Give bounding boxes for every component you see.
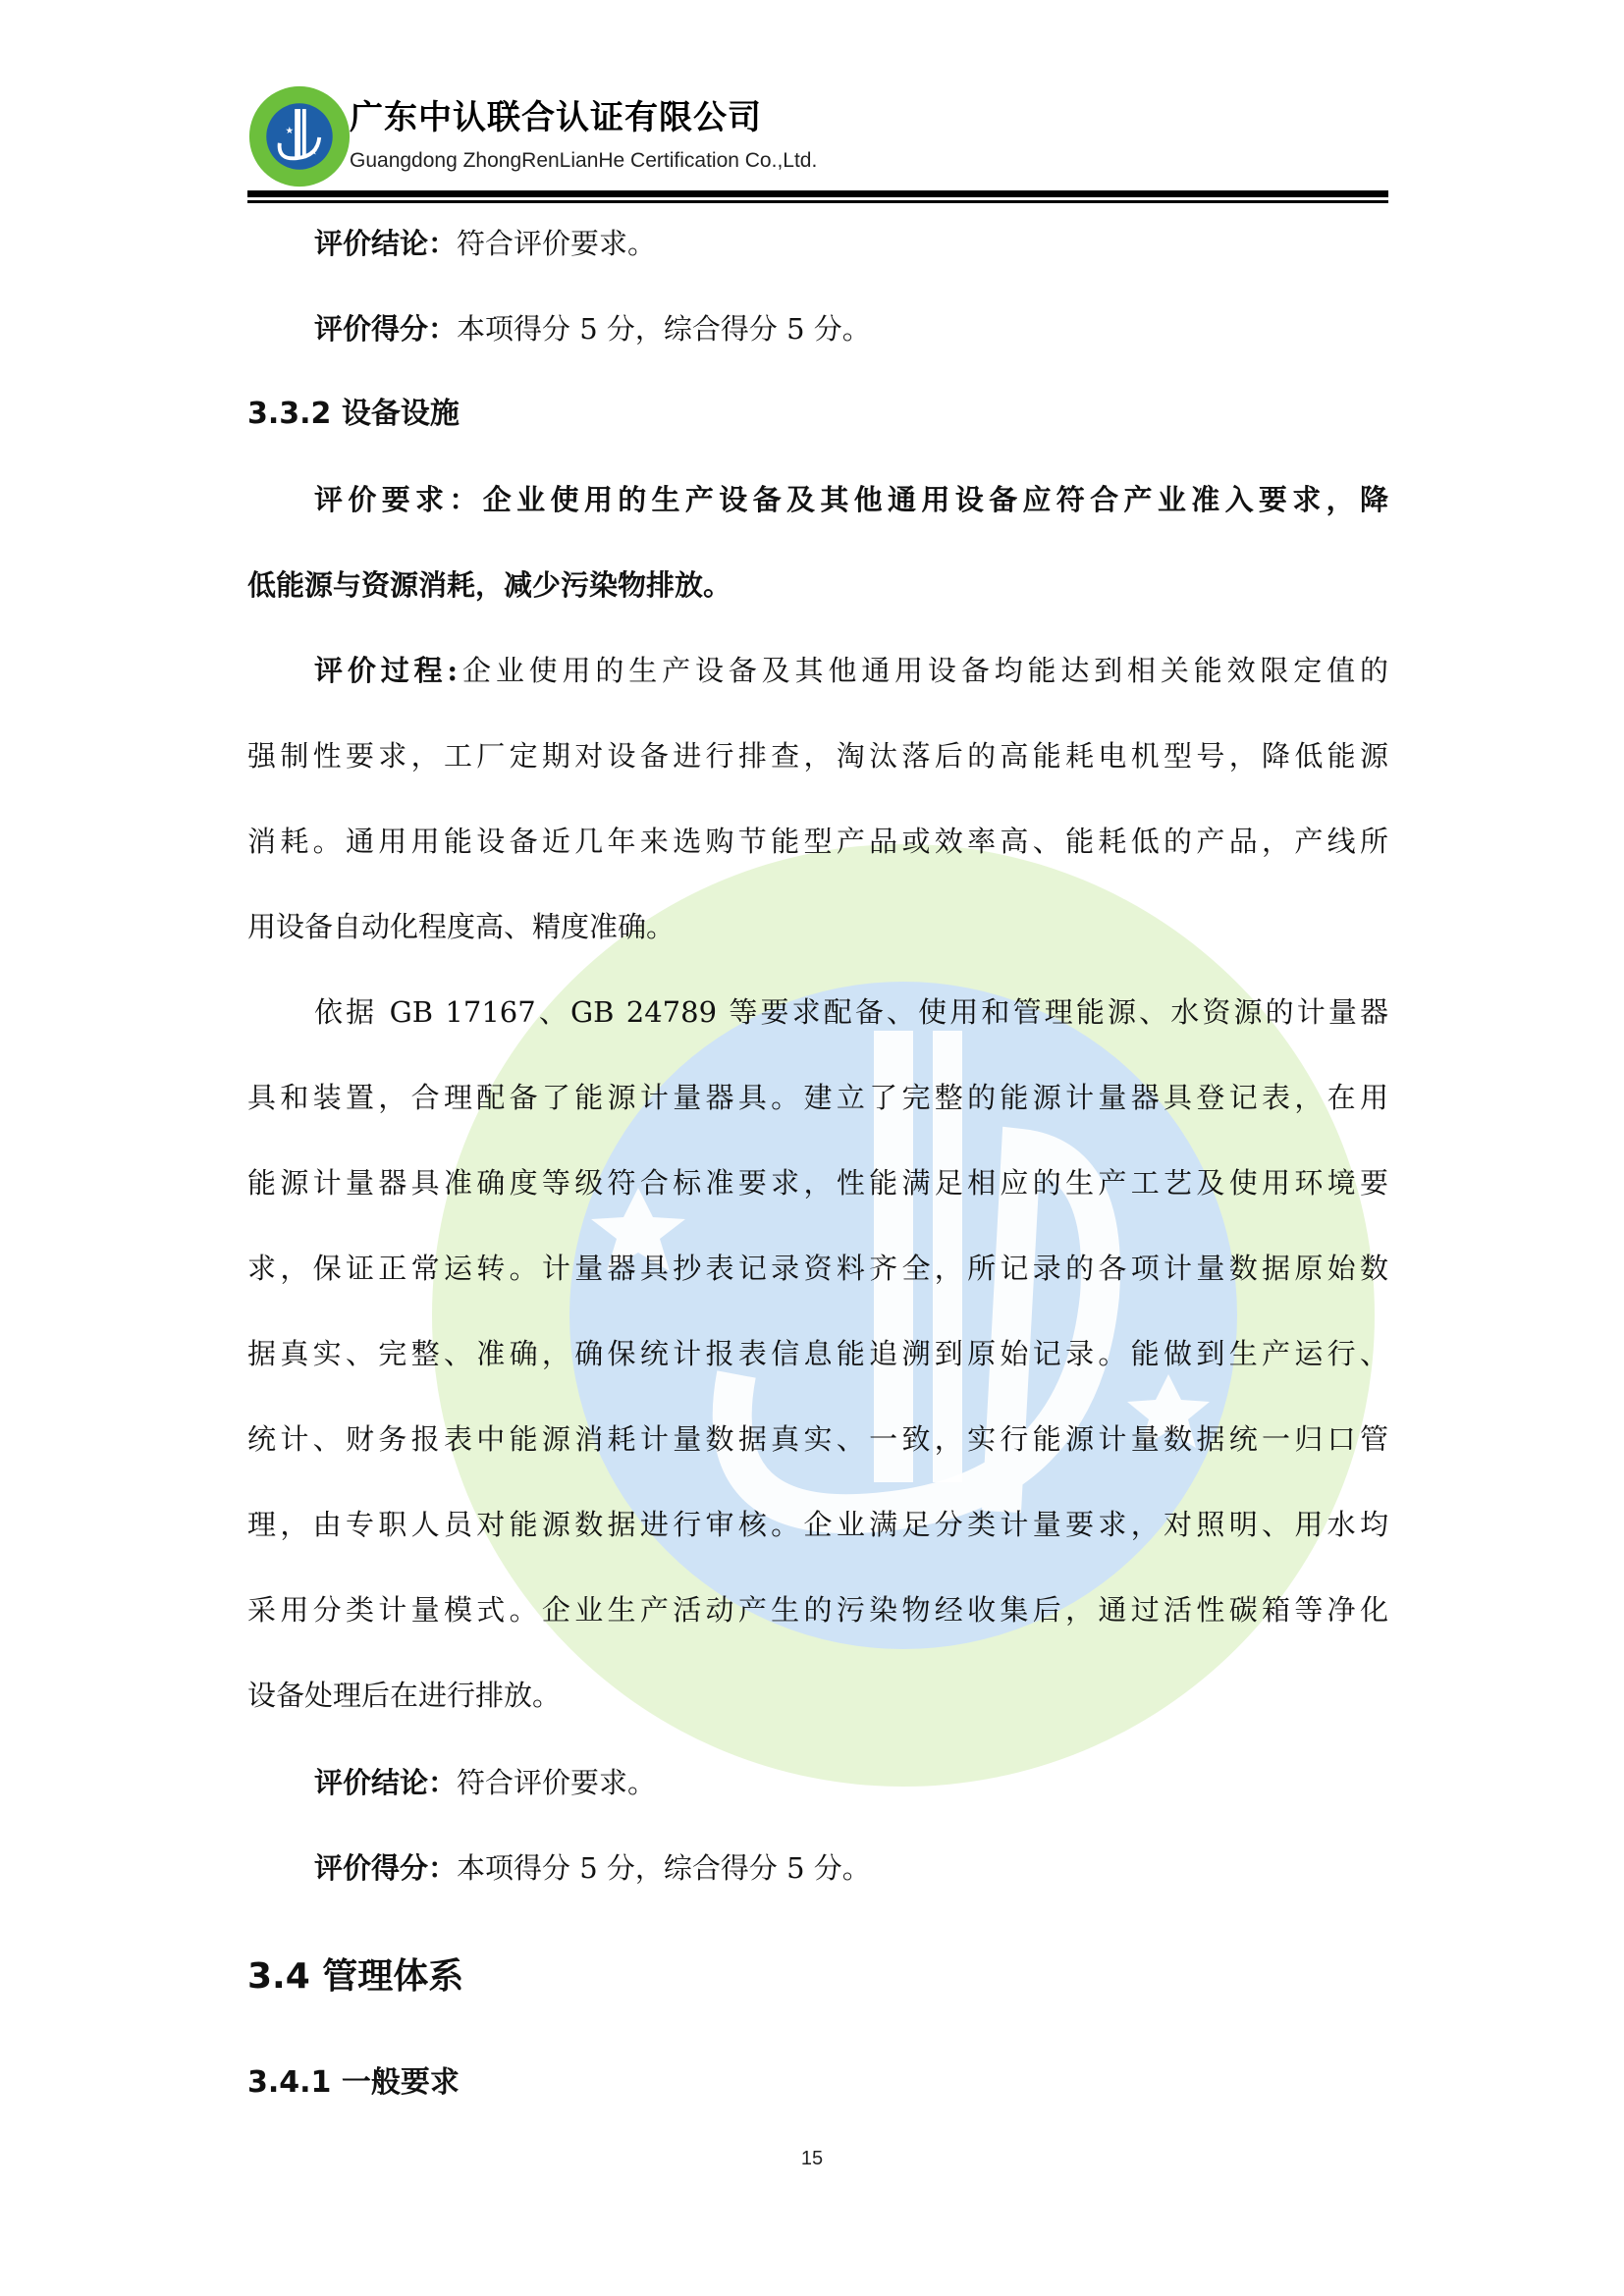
conclusion-paragraph-2: 评价结论：符合评价要求。 xyxy=(314,1763,1388,1802)
score-text-2: 本项得分 5 分，综合得分 5 分。 xyxy=(457,1851,871,1885)
score-label: 评价得分： xyxy=(314,312,457,346)
process-label: 评价过程: xyxy=(314,654,458,687)
process-line-4: 用设备自动化程度高、精度准确。 xyxy=(247,907,1388,946)
process-line-2: 强制性要求，工厂定期对设备进行排查，淘汰落后的高能耗电机型号，降低能源 xyxy=(247,736,1388,775)
process-line-1: 评价过程:企业使用的生产设备及其他通用设备均能达到相关能效限定值的 xyxy=(314,651,1388,690)
basis-line-7: 理，由专职人员对能源数据进行审核。企业满足分类计量要求，对照明、用水均 xyxy=(247,1505,1388,1544)
score-paragraph-2: 评价得分：本项得分 5 分，综合得分 5 分。 xyxy=(314,1848,1388,1888)
requirement-label: 评价要求： xyxy=(314,483,483,516)
score-paragraph: 评价得分：本项得分 5 分，综合得分 5 分。 xyxy=(314,309,1388,348)
basis-line-4: 求，保证正常运转。计量器具抄表记录资料齐全，所记录的各项计量数据原始数 xyxy=(247,1249,1388,1288)
basis-line-6: 统计、财务报表中能源消耗计量数据真实、一致，实行能源计量数据统一归口管 xyxy=(247,1419,1388,1459)
basis-line-9: 设备处理后在进行排放。 xyxy=(247,1676,1388,1715)
conclusion-label-2: 评价结论： xyxy=(314,1766,457,1799)
requirement-line-1: 评价要求：企业使用的生产设备及其他通用设备应符合产业准入要求，降 xyxy=(314,480,1388,519)
process-text-1: 企业使用的生产设备及其他通用设备均能达到相关能效限定值的 xyxy=(458,654,1388,687)
basis-line-2: 具和装置，合理配备了能源计量器具。建立了完整的能源计量器具登记表，在用 xyxy=(247,1078,1388,1117)
conclusion-paragraph: 评价结论：符合评价要求。 xyxy=(314,224,1388,263)
basis-line-5: 据真实、完整、准确，确保统计报表信息能追溯到原始记录。能做到生产运行、 xyxy=(247,1334,1388,1373)
score-label-2: 评价得分： xyxy=(314,1851,457,1885)
basis-line-1: 依据 GB 17167、GB 24789 等要求配备、使用和管理能源、水资源的计… xyxy=(314,992,1388,1032)
conclusion-text: 符合评价要求。 xyxy=(457,227,656,260)
requirement-text-1: 企业使用的生产设备及其他通用设备应符合产业准入要求，降 xyxy=(483,483,1388,516)
company-name-cn: 广东中认联合认证有限公司 xyxy=(350,90,762,138)
svg-text:★: ★ xyxy=(286,126,295,136)
header-rule-thin xyxy=(247,200,1388,203)
section-heading-3-4-1: 3.4.1 一般要求 xyxy=(247,2063,1388,2103)
conclusion-text-2: 符合评价要求。 xyxy=(457,1766,656,1799)
watermark-logo-icon xyxy=(412,825,1394,1806)
score-text: 本项得分 5 分，综合得分 5 分。 xyxy=(457,312,871,346)
svg-text:★: ★ xyxy=(310,147,318,157)
page-number: 15 xyxy=(0,2148,1624,2170)
process-line-3: 消耗。通用用能设备近几年来选购节能型产品或效率高、能耗低的产品，产线所 xyxy=(247,822,1388,861)
basis-line-8: 采用分类计量模式。企业生产活动产生的污染物经收集后，通过活性碳箱等净化 xyxy=(247,1590,1388,1629)
section-heading-3-3-2: 3.3.2 设备设施 xyxy=(247,395,1388,434)
basis-line-3: 能源计量器具准确度等级符合标准要求，性能满足相应的生产工艺及使用环境要 xyxy=(247,1163,1388,1202)
requirement-line-2: 低能源与资源消耗，减少污染物排放。 xyxy=(247,565,1388,605)
conclusion-label: 评价结论： xyxy=(314,227,457,260)
company-name-en: Guangdong ZhongRenLianHe Certification C… xyxy=(350,149,817,173)
company-logo-icon: ★ ★ xyxy=(247,82,352,190)
header-rule-thick xyxy=(247,190,1388,197)
section-heading-3-4: 3.4 管理体系 xyxy=(247,1953,1388,2001)
